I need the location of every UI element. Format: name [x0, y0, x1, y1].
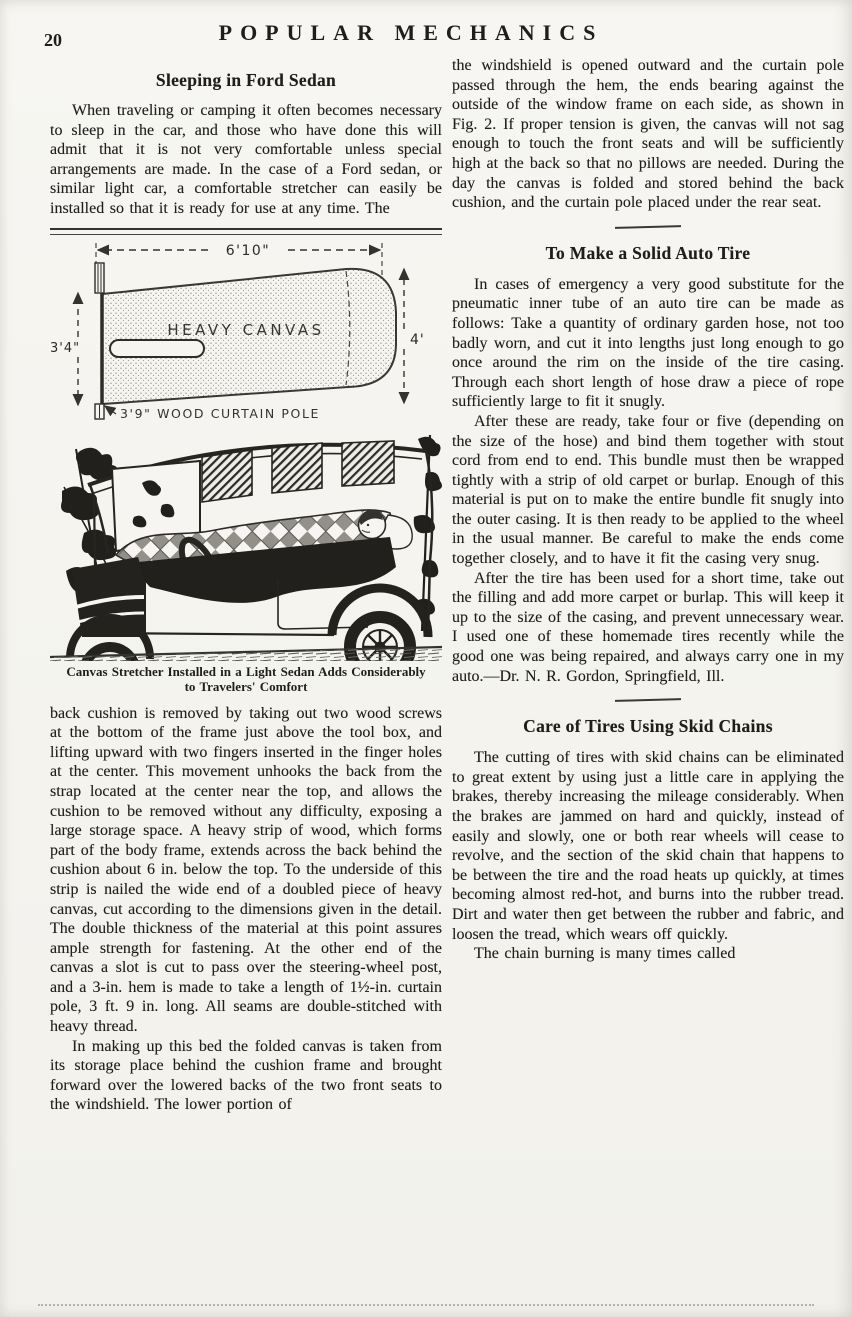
steering-post-slot [110, 340, 204, 357]
curtain-pole-bottom [95, 404, 104, 419]
paragraph: In cases of emergency a very good substi… [452, 275, 844, 412]
paragraph: back cushion is removed by taking out tw… [50, 704, 442, 1037]
paragraph: The cutting of tires with skid chains ca… [452, 748, 844, 944]
article-title-tire: To Make a Solid Auto Tire [452, 243, 844, 264]
double-rule-divider [50, 228, 442, 235]
paragraph: The chain burning is many times called [452, 944, 844, 964]
section-divider-rule [615, 698, 681, 702]
canvas-stretcher-diagram: 6'10" 3'4" 4' [50, 237, 442, 421]
magazine-page: 20 POPULAR MECHANICS Sleeping in Ford Se… [0, 0, 852, 1317]
page-header: 20 POPULAR MECHANICS [0, 0, 852, 56]
canvas-label: HEAVY CANVAS [167, 321, 324, 339]
left-column: Sleeping in Ford Sedan When traveling or… [50, 56, 442, 1115]
section-divider-rule [615, 225, 681, 229]
article-title-chains: Care of Tires Using Skid Chains [452, 716, 844, 737]
two-column-layout: Sleeping in Ford Sedan When traveling or… [0, 56, 852, 1115]
sedan-illustration [50, 421, 442, 661]
dimension-label-width: 6'10" [226, 243, 271, 259]
pole-label: 3'9" WOOD CURTAIN POLE [120, 406, 320, 421]
article-title-sleeping: Sleeping in Ford Sedan [50, 70, 442, 91]
paragraph: the windshield is opened outward and the… [452, 56, 844, 213]
right-column: the windshield is opened outward and the… [452, 56, 844, 1115]
paragraph: In making up this bed the folded canvas … [50, 1037, 442, 1115]
illustration-caption: Canvas Stretcher Installed in a Light Se… [60, 664, 432, 695]
magazine-title: POPULAR MECHANICS [0, 20, 822, 46]
paragraph: When traveling or camping it often becom… [50, 101, 442, 219]
page-bottom-dotted-line [38, 1304, 814, 1306]
paragraph: After these are ready, take four or five… [452, 412, 844, 569]
paragraph: After the tire has been used for a short… [452, 569, 844, 687]
curtain-pole-top [95, 263, 104, 293]
dimension-label-right: 4' [410, 332, 425, 348]
dimension-label-left: 3'4" [50, 341, 80, 356]
